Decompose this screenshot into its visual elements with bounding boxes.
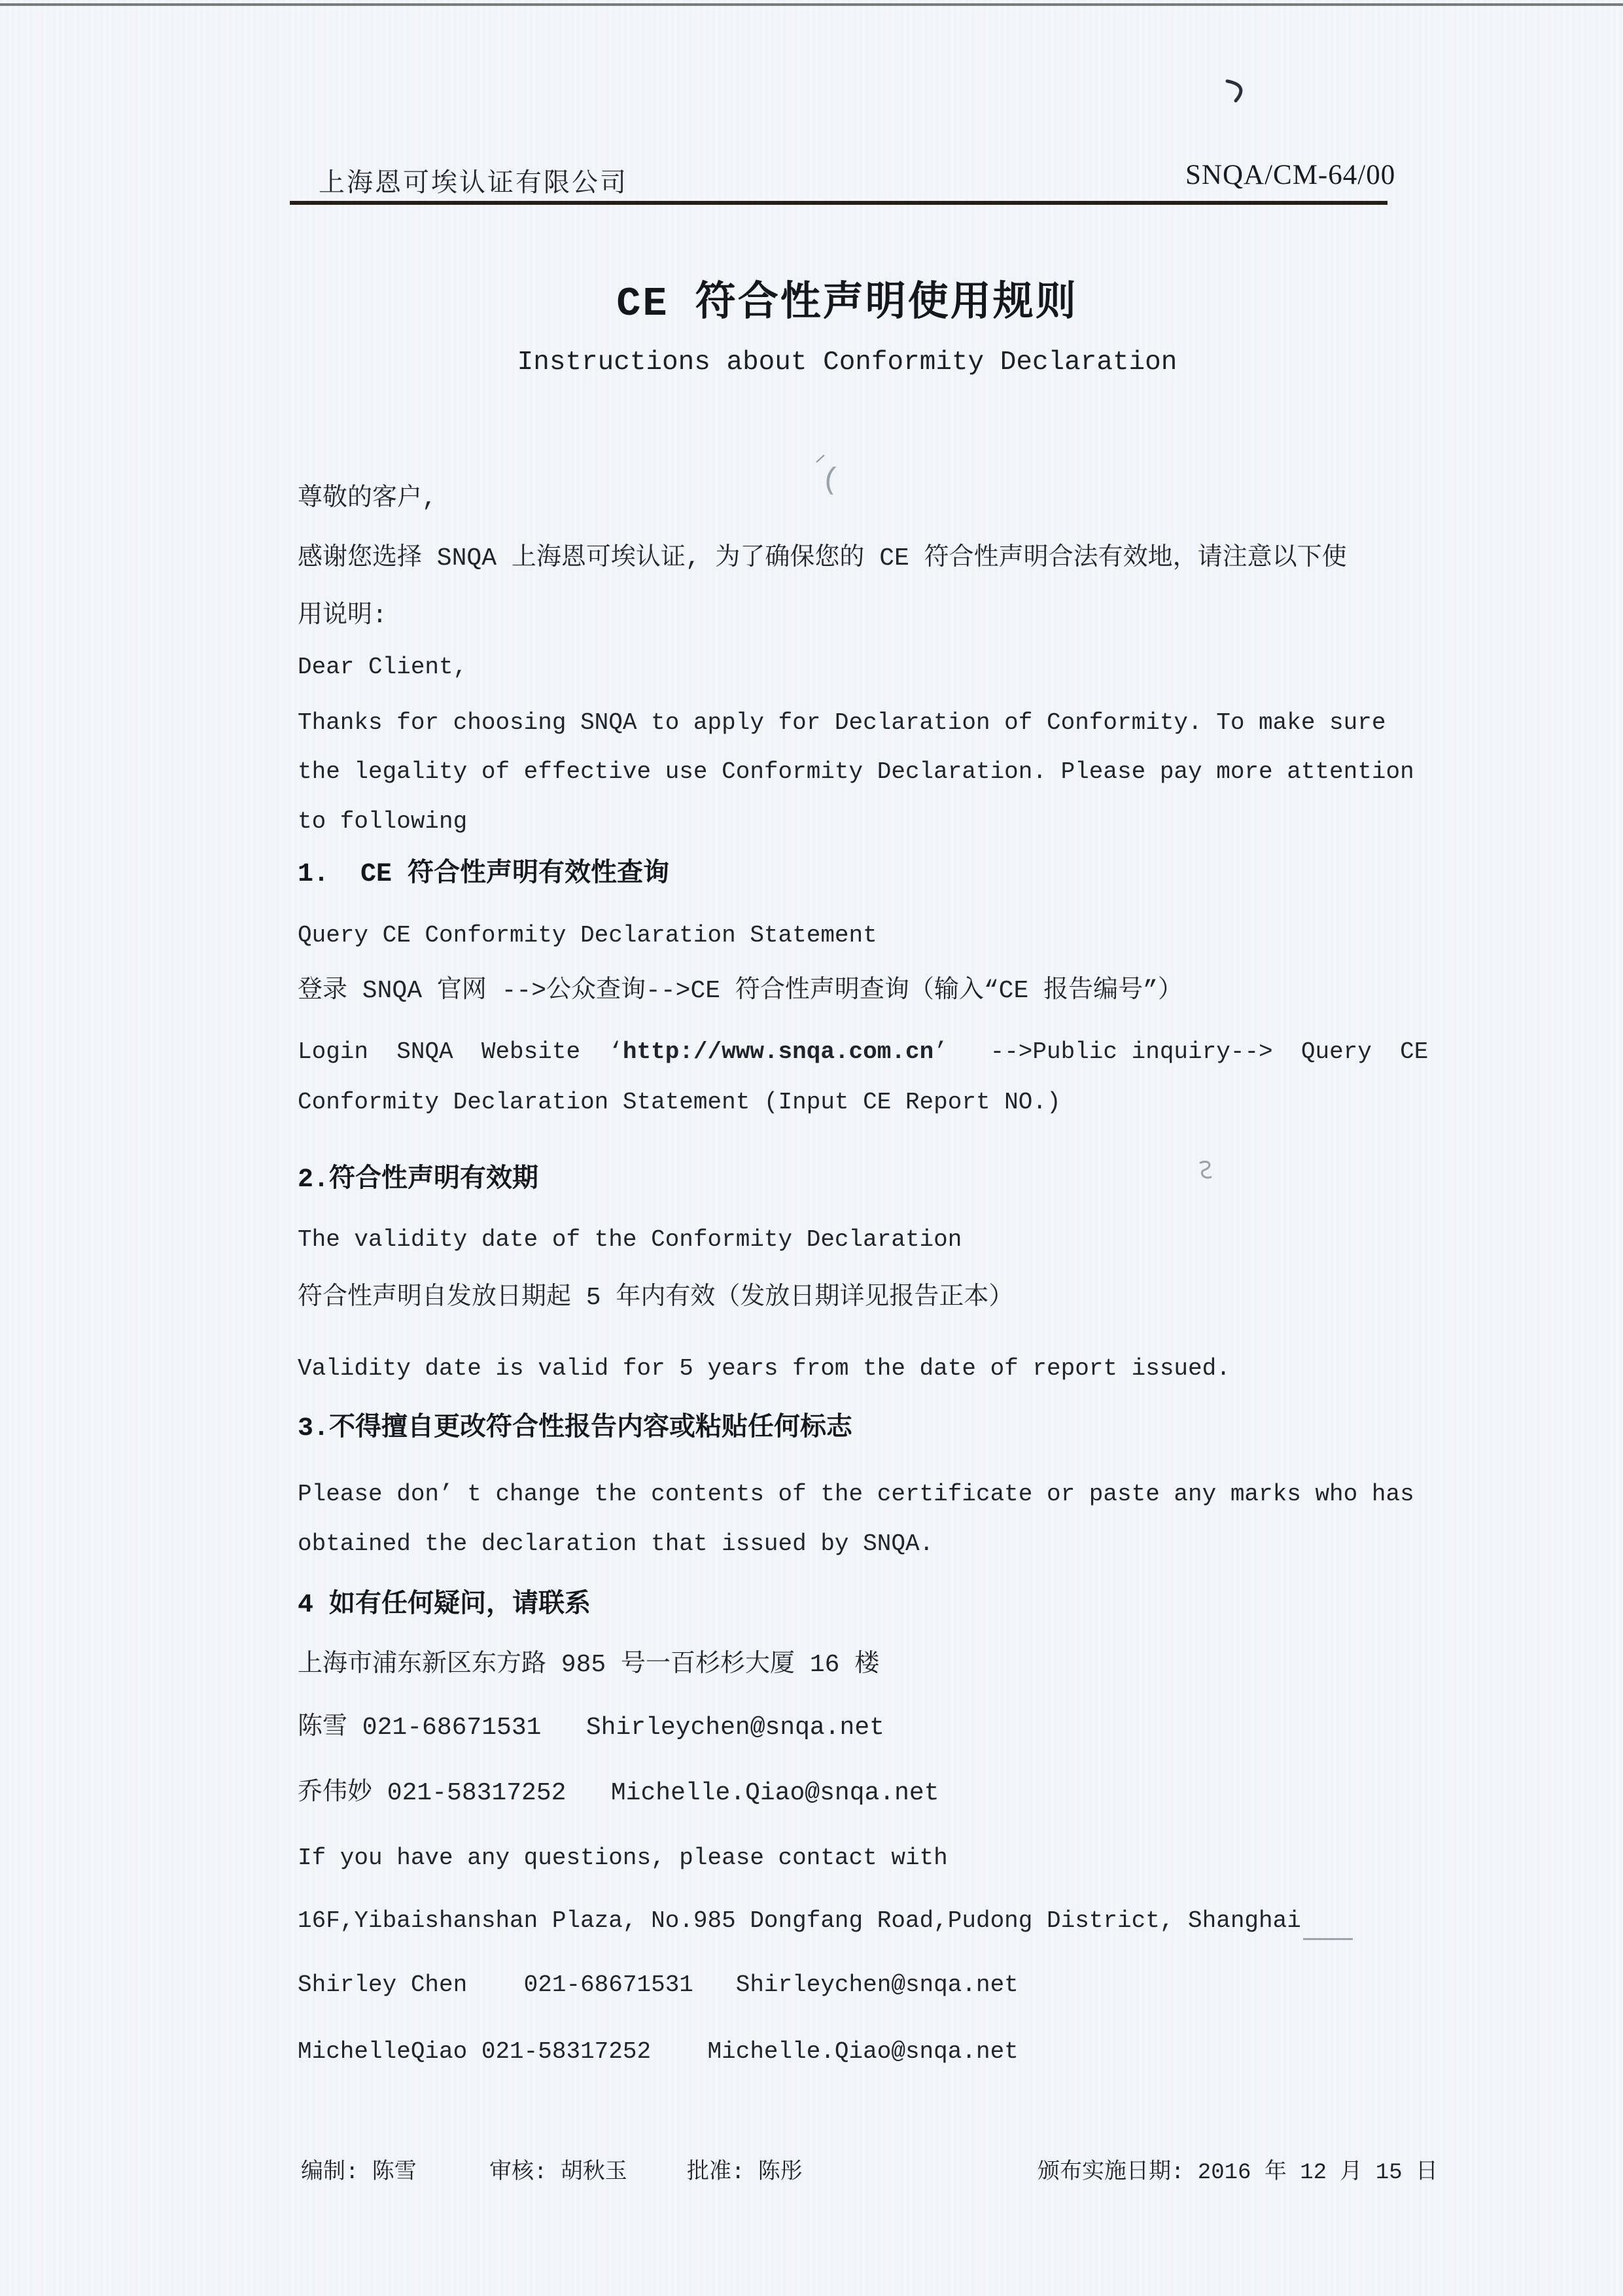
section2-validity-en1: The validity date of the Conformity Decl… (298, 1227, 962, 1253)
section1-heading: 1. CE 符合性声明有效性查询 (298, 860, 669, 889)
footer-issue-date: 颁布实施日期: 2016 年 12 月 15 日 (1038, 2153, 1438, 2185)
header-rule (290, 201, 1387, 205)
footer-reviewed-by: 审核: 胡秋玉 (489, 2153, 627, 2185)
contact-michelle-en: MichelleQiao 021-58317252 Michelle.Qiao@… (298, 2039, 1019, 2065)
intro-cn-line1: 感谢您选择 SNQA 上海恩可埃认证, 为了确保您的 CE 符合性声明合法有效地… (298, 545, 1347, 573)
address-en: 16F,Yibaishanshan Plaza, No.985 Dongfang… (298, 1908, 1301, 1934)
section1-login-en-line2: Conformity Declaration Statement (Input … (298, 1089, 1061, 1116)
section2-heading: 2.符合性声明有效期 (298, 1166, 538, 1195)
login-text-prefix: Login SNQA Website ‘ (298, 1038, 623, 1065)
company-name: 上海恩可埃认证有限公司 (319, 162, 628, 200)
address-cn: 上海市浦东新区东方路 985 号一百杉杉大厦 16 楼 (298, 1651, 879, 1679)
scan-mark-hook (1225, 76, 1252, 106)
scanned-document-page: 上海恩可埃认证有限公司 SNQA/CM-64/00 CE 符合性声明使用规则 I… (0, 0, 1623, 2296)
contact-qiaoweimiao-cn: 乔伟妙 021-58317252 Michelle.Qiao@snqa.net (298, 1780, 939, 1807)
section3-heading: 3.不得擅自更改符合性报告内容或粘贴任何标志 (298, 1415, 852, 1443)
section1-query-en: Query CE Conformity Declaration Statemen… (298, 923, 877, 949)
section4-heading: 4 如有任何疑问，请联系 (298, 1591, 591, 1620)
section2-validity-cn: 符合性声明自发放日期起 5 年内有效（发放日期详见报告正本） (298, 1284, 1013, 1312)
section1-step-cn: 登录 SNQA 官网 -->公众查询-->CE 符合性声明查询（输入“CE 报告… (298, 978, 1183, 1005)
intro-cn-line2: 用说明: (298, 603, 387, 630)
intro-en-line2: the legality of effective use Conformity… (298, 759, 1414, 785)
contact-chenxue-cn: 陈雪 021-68671531 Shirleychen@snqa.net (298, 1714, 884, 1742)
page-title-en: Instructions about Conformity Declaratio… (298, 347, 1397, 378)
intro-en-line3: to following (298, 809, 467, 835)
contact-shirley-en: Shirley Chen 021-68671531 Shirleychen@sn… (298, 1972, 1019, 1998)
contact-intro-en: If you have any questions, please contac… (298, 1845, 948, 1871)
section2-validity-en2: Validity date is valid for 5 years from … (298, 1356, 1230, 1382)
scan-mark-squiggle (1196, 1159, 1218, 1183)
footer-approved-by: 批准: 陈彤 (687, 2153, 803, 2185)
scan-mark-tick (816, 455, 824, 463)
scan-mark-underline (1303, 1938, 1353, 1940)
scan-mark-paren: ( (820, 463, 841, 499)
section3-note-en-line1: Please don’ t change the contents of the… (298, 1481, 1414, 1508)
snqa-website-url: http://www.snqa.com.cn (623, 1038, 934, 1065)
login-text-suffix: ’ -->Public inquiry--> Query CE (934, 1038, 1428, 1065)
section1-login-en: Login SNQA Website ‘http://www.snqa.com.… (298, 1039, 1428, 1065)
document-code: SNQA/CM-64/00 (1185, 159, 1395, 191)
section3-note-en-line2: obtained the declaration that issued by … (298, 1531, 934, 1557)
greeting-cn: 尊敬的客户, (298, 486, 437, 513)
footer-prepared-by: 编制: 陈雪 (301, 2153, 417, 2185)
greeting-en: Dear Client, (298, 654, 467, 680)
intro-en-line1: Thanks for choosing SNQA to apply for De… (298, 710, 1386, 736)
page-title-cn: CE 符合性声明使用规则 (298, 268, 1397, 327)
scan-edge-line (0, 3, 1623, 6)
